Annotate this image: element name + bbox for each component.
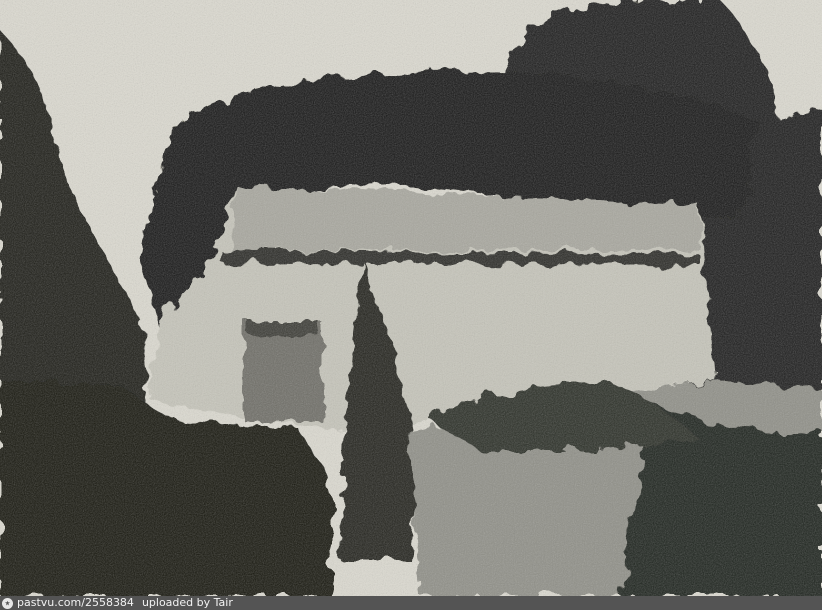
historical-photo [0, 0, 822, 596]
uploader-text: uploaded by Tair [142, 596, 233, 610]
pastvu-star-icon [2, 598, 13, 609]
watermark-caption-bar: pastvu.com/2558384 uploaded by Tair [0, 596, 822, 610]
source-url-link[interactable]: pastvu.com/2558384 [17, 596, 134, 610]
photo-scene [0, 0, 822, 596]
